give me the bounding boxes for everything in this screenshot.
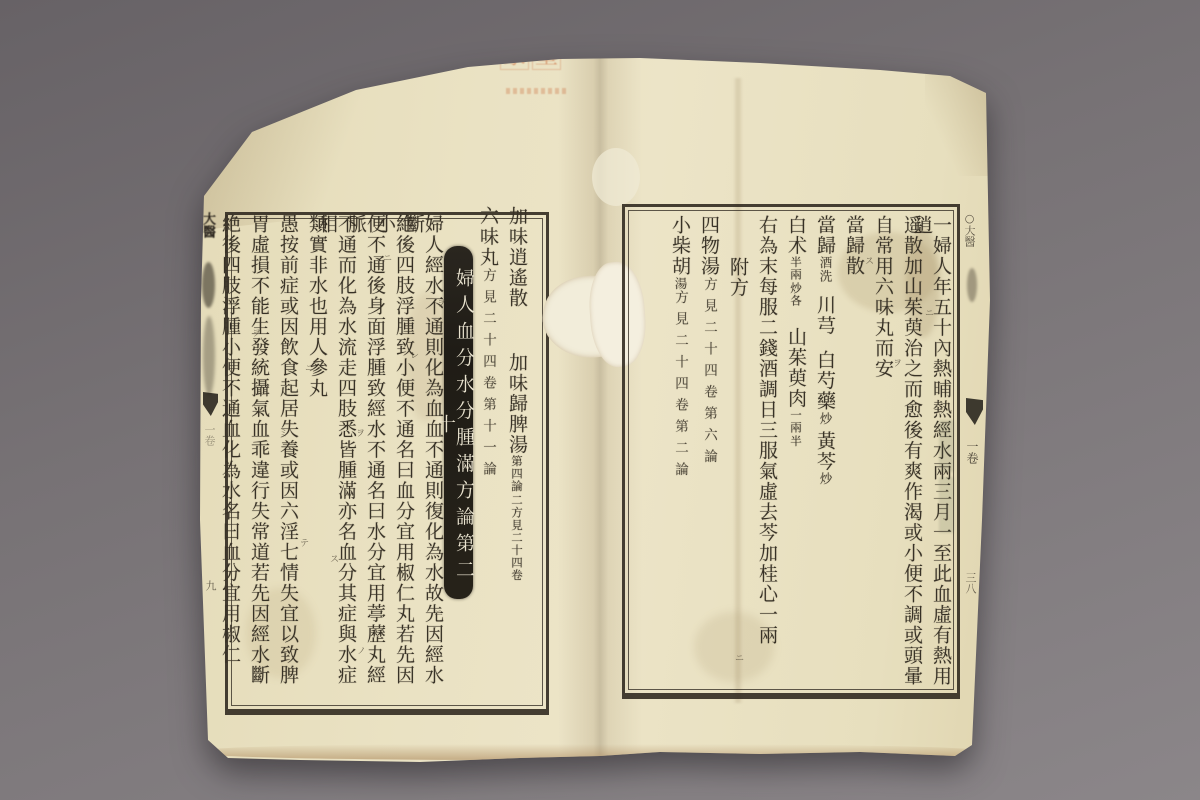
body-column-2: 絶後四肢浮腫致小便不通名曰血分宜用椒仁丸若先因小 [386, 214, 415, 704]
kunten-mark: ヲ [893, 360, 902, 369]
kunten-mark: ス [865, 258, 874, 267]
left-body-columns: 婦人經水不通則化為血血不通則復化為水故先因經水斷絶後四肢浮腫致小便不通名曰血分宜… [230, 214, 444, 704]
ink-smudge [203, 316, 215, 396]
kunten-mark: ヲ [356, 430, 365, 439]
open-book: 加味逍遙散加味歸脾湯二方見二十四卷第四論六味丸方見二十四卷第十一論 婦人血分水分… [0, 0, 1200, 800]
ingredients-col-2: 白术炒各半兩山茱萸肉半一兩 [778, 215, 807, 448]
bottom-page-edges [205, 744, 975, 760]
right-strip-volume: 一卷 [966, 440, 978, 464]
circle-mark: ○ [963, 212, 976, 225]
body-column-1: 婦人經水不通則化為血血不通則復化為水故先因經水斷 [415, 214, 444, 704]
kunten-mark: ニ [383, 255, 392, 264]
section-title-cartouche: 婦人血分水分腫滿方論第二十 [444, 246, 473, 599]
ink-smudge [967, 268, 977, 302]
red-watermark-seal: 家 墨 [500, 42, 561, 70]
right-strip-title: ○大醫 [964, 212, 975, 247]
body-column-7: 胃虛損不能生發統攝氣血乖違行失常道若先因經水斷 [241, 214, 270, 686]
watermark-char: 家 [500, 42, 529, 70]
body-column-4: 不通而化為水流走四肢悉皆腫滿亦名血分其症與水症相 [328, 214, 357, 704]
appendix-col-jiawei-xiaoyao: 加味逍遙散加味歸脾湯二方見二十四卷第四論 [499, 206, 528, 581]
kunten-mark: ニ [925, 310, 934, 319]
kunten-mark: ヲ [437, 300, 446, 309]
kunten-mark: ヲ [763, 300, 772, 309]
appendix-header-col: 附方 [720, 215, 749, 298]
paper-tear [592, 148, 640, 206]
kunten-mark: ミ [279, 430, 288, 439]
photo-background: 加味逍遙散加味歸脾湯二方見二十四卷第四論六味丸方見二十四卷第十一論 婦人血分水分… [0, 0, 1200, 800]
right-strip-folio: 三八 [965, 572, 976, 594]
kunten-mark: ノ [357, 648, 366, 657]
page-corner-shading [925, 66, 989, 176]
book-shadow: 加味逍遙散加味歸脾湯二方見二十四卷第四論六味丸方見二十四卷第十一論 婦人血分水分… [0, 0, 1200, 800]
body-column-8: 絶後四肢浮腫小便不通血化為水名曰血分宜用椒仁 [212, 214, 241, 665]
page-corner-shading [188, 75, 396, 230]
case-col-2: 遥散加山茱萸治之而愈後有爽作渴或小便不調或頭暈 [894, 215, 923, 687]
fishtail-icon [966, 398, 983, 425]
usage-col: 右為末每服二錢酒調日三服氣虛去芩加桂心一兩 [749, 215, 778, 646]
kunten-mark: ニ [434, 610, 443, 619]
left-strip-title: 大醫 [201, 212, 214, 238]
kunten-mark: テ [300, 540, 309, 549]
ink-smudge [202, 262, 215, 308]
body-column-3: 便不通後身面浮腫致經水不通名曰水分宜用葶藶丸經脈 [357, 214, 386, 704]
ingredients-col-1: 當歸酒洗川芎白芍藥炒黃芩炒 [807, 215, 836, 486]
kunten-mark: ニ [735, 655, 744, 664]
watermark-caption [506, 88, 568, 94]
bleedthrough-block [939, 420, 954, 472]
body-column-6: 愚按前症或因飲食起居失養或因六淫七情失宜以致脾 [270, 214, 299, 686]
ref-col-xiaochaihu: 小柴胡湯方見二十四卷第二論 [662, 215, 691, 484]
left-strip-volume: 一卷 [204, 424, 215, 446]
right-page-columns: 一婦人年五十內熱晡熱經水兩三月一至此血虛有熱用逍遥散加山茱萸治之而愈後有爽作渴或… [678, 215, 952, 695]
kunten-mark: ス [330, 556, 339, 565]
recipe-title-col: 當歸散 [836, 215, 865, 277]
kunten-mark: ニ [305, 365, 314, 374]
left-appendix-columns: 加味逍遙散加味歸脾湯二方見二十四卷第四論六味丸方見二十四卷第十一論 [472, 206, 528, 706]
bleedthrough-block [939, 477, 954, 533]
watermark-char: 墨 [532, 42, 561, 70]
case-col-3: 自常用六味丸而安 [865, 215, 894, 379]
kunten-mark: レ [410, 352, 419, 361]
left-strip-folio: 九 [205, 580, 216, 591]
kunten-mark: ヲ [252, 330, 261, 339]
ref-col-siwu-tang: 四物湯方見二十四卷第六論 [691, 215, 720, 470]
